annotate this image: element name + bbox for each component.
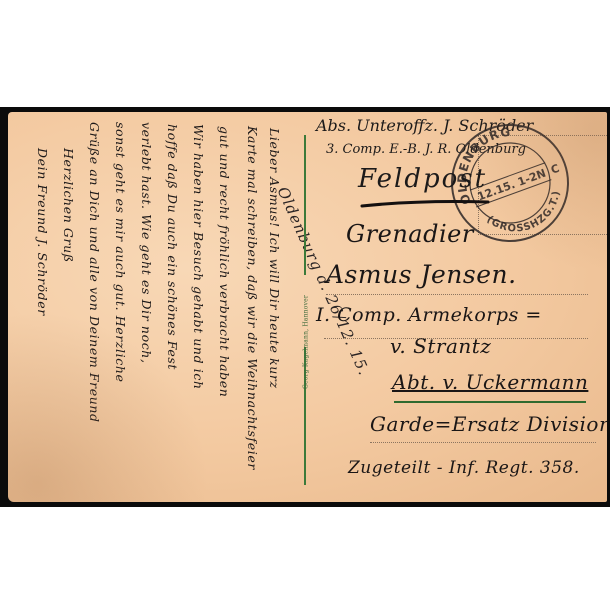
- message-line: gut und recht fröhlich verbracht haben: [217, 126, 232, 397]
- message-line: Dein Freund J. Schröder: [35, 148, 50, 316]
- address-line: Zugeteilt - Inf. Regt. 358.: [348, 458, 580, 478]
- address-line: Asmus Jensen.: [326, 260, 517, 289]
- address-line: Grenadier: [346, 220, 474, 248]
- message-line: Grüße an Dich und alle von Deinem Freund: [87, 122, 102, 423]
- address-dotted-line: [370, 442, 596, 443]
- feldpost-underline: [360, 198, 490, 210]
- message-line: hoffe daß Du auch ein schönes Fest: [165, 124, 180, 370]
- address-line: Garde=Ersatz Division: [370, 412, 607, 436]
- message-line: Lieber Asmus! Ich will Dir heute kurz: [267, 128, 282, 389]
- message-line: sonst geht es mir auch gut. Herzliche: [113, 122, 128, 383]
- address-green-rule: [394, 401, 586, 403]
- message-line: Wir haben hier Besuch gehabt und ich: [191, 124, 206, 390]
- address-line: I. Comp. Armekorps =: [316, 304, 542, 326]
- service-label: Feldpost: [358, 164, 487, 194]
- publisher-imprint: Georg Kugelmann, Hannover: [295, 282, 317, 402]
- address-line: v. Strantz: [390, 334, 491, 358]
- postcard: Lieber Asmus! Ich will Dir heute kurz Ka…: [8, 112, 607, 502]
- address-line: Abt. v. Uckermann: [392, 370, 588, 394]
- message-area: Lieber Asmus! Ich will Dir heute kurz Ka…: [20, 118, 305, 496]
- message-line: Herzlichen Gruß: [61, 148, 76, 263]
- svg-text:C: C: [549, 162, 561, 177]
- message-line: verlebt hast. Wie geht es Dir noch,: [139, 122, 154, 364]
- message-line: Karte mal schreiben, daß wir die Weihnac…: [245, 126, 260, 470]
- address-dotted-line: [326, 294, 588, 295]
